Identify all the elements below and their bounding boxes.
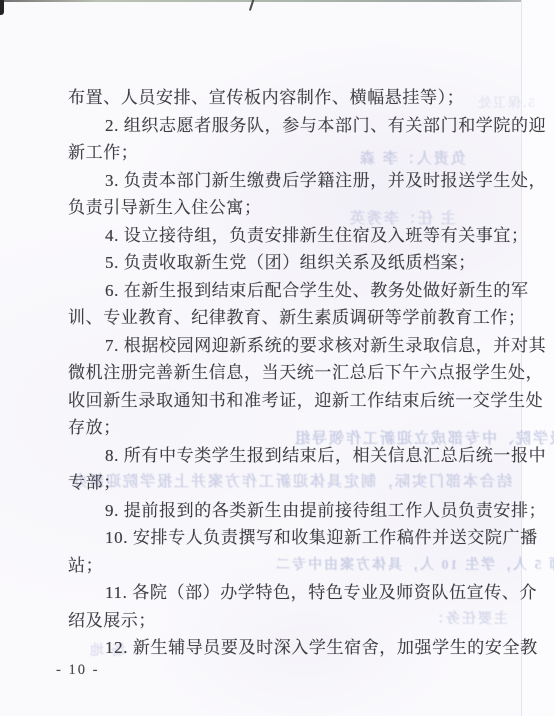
doc-line: 11. 各院（部）办学特色，特色专业及师资队伍宣传、介 [68, 579, 504, 607]
doc-line: 10. 安排专人负责撰写和收集迎新工作稿件并送交院广播 [68, 524, 504, 552]
doc-line: 专部； [68, 469, 504, 497]
doc-line: 7. 根据校园网迎新系统的要求核对新生录取信息，并对其 [68, 332, 504, 360]
scan-corner-artifact [0, 0, 4, 15]
scan-top-edge-line [0, 0, 554, 2]
doc-line: 微机注册完善新生信息，当天统一汇总后下午六点报学生处， [68, 359, 504, 387]
doc-line: 3. 负责本部门新生缴费后学籍注册，并及时报送学生处， [68, 167, 504, 195]
doc-line: 5. 负责收取新生党（团）组织关系及纸质档案； [68, 249, 504, 277]
doc-line: 2. 组织志愿者服务队，参与本部门、有关部门和学院的迎 [68, 112, 504, 140]
document-lines: 布置、人员安排、宣传板内容制作、横幅悬挂等）；2. 组织志愿者服务队，参与本部门… [68, 84, 504, 662]
doc-line: 绍及展示； [68, 607, 504, 635]
doc-line: 新工作； [68, 139, 504, 167]
doc-line: 布置、人员安排、宣传板内容制作、横幅悬挂等）； [68, 84, 504, 112]
doc-line: 6. 在新生报到结束后配合学生处、教务处做好新生的军 [68, 277, 504, 305]
doc-line: 收回新生录取通知书和准考证，迎新工作结束后统一交学生处 [68, 387, 504, 415]
doc-line: 12. 新生辅导员要及时深入学生宿舍，加强学生的安全教 [68, 634, 504, 662]
doc-line: 存放； [68, 414, 504, 442]
page-number: - 10 - [56, 662, 99, 679]
doc-line: 9. 提前报到的各类新生由提前接待组工作人员负责安排； [68, 497, 504, 525]
doc-line: 8. 所有中专类学生报到结束后，相关信息汇总后统一报中 [68, 442, 504, 470]
scanned-document-page: 5.保卫处负责人：李 森主 任：李秀英七、各二级学院、中专部成立迎新工作领导组结… [0, 0, 554, 716]
doc-line: 4. 设立接待组，负责安排新生住宿及入班等有关事宜； [68, 222, 504, 250]
doc-line: 负责引导新生入住公寓； [68, 194, 504, 222]
doc-line: 站； [68, 552, 504, 580]
doc-line: 训、专业教育、纪律教育、新生素质调研等学前教育工作； [68, 304, 504, 332]
